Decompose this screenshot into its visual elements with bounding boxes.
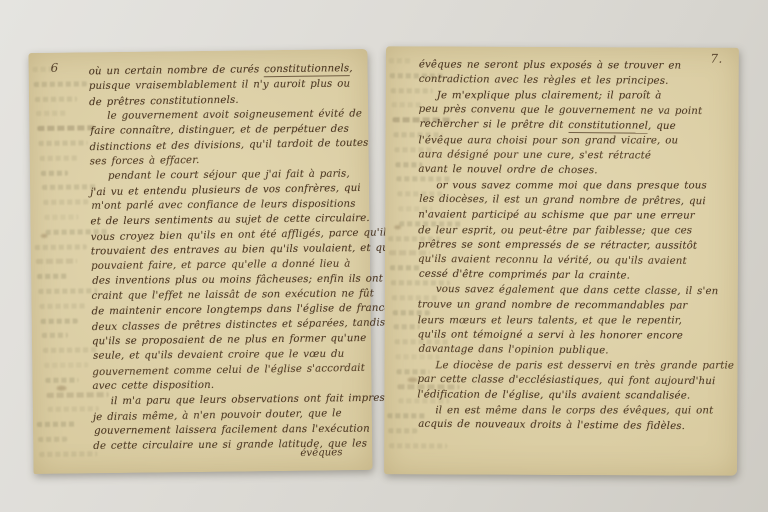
bleedthrough-mark — [38, 437, 67, 442]
bleedthrough-mark — [44, 214, 78, 219]
manuscript-line: l'évêque aura choisi pour son grand vica… — [419, 133, 734, 148]
bleedthrough-mark — [41, 318, 78, 323]
manuscript-line: n'avaient participé au schisme que par u… — [418, 207, 733, 223]
bleedthrough-mark — [37, 422, 77, 427]
manuscript-line: vous savez également que dans cette clas… — [418, 282, 733, 299]
bleedthrough-mark — [389, 58, 413, 63]
manuscript-line: l'édification de l'église, qu'ils avaien… — [417, 387, 732, 403]
manuscript-line: craint que l'effet ne laissât de son exé… — [91, 286, 364, 303]
bleedthrough-mark — [35, 96, 77, 102]
bleedthrough-mark — [44, 362, 88, 368]
manuscript-line: acquis de nouveaux droits à l'estime des… — [418, 417, 733, 435]
underlined-word: constitutionnel — [568, 120, 648, 133]
underlined-word: constitutionnels — [264, 63, 349, 77]
bleedthrough-mark — [45, 377, 78, 382]
manuscript-line: de leur esprit, ou peut-être par faibles… — [418, 223, 733, 238]
bleedthrough-mark — [388, 428, 417, 433]
bleedthrough-mark — [389, 443, 447, 448]
page-number-left: 6 — [51, 61, 59, 75]
right-page-text: évêques ne seront plus exposés à se trou… — [417, 57, 734, 433]
left-page-text: où un certain nombre de curés constituti… — [89, 61, 367, 454]
bleedthrough-mark — [37, 274, 67, 279]
manuscript-line: les diocèses, il est un grand nombre de … — [419, 192, 734, 210]
ink-blot — [407, 377, 417, 382]
bleedthrough-mark — [36, 259, 77, 265]
bleedthrough-mark — [40, 155, 78, 160]
manuscript-line: Je m'explique plus clairement; il paroît… — [419, 88, 734, 103]
bleedthrough-mark — [394, 325, 420, 330]
manuscript-line: avant le nouvel ordre de choses. — [418, 162, 733, 179]
manuscript-line: contradiction avec les règles et les pri… — [419, 72, 734, 89]
manuscript-line: avec cette disposition. — [92, 376, 365, 393]
bleedthrough-mark — [39, 451, 97, 457]
ink-blot — [394, 226, 401, 230]
ink-blot — [41, 234, 48, 238]
bleedthrough-mark — [34, 81, 87, 87]
manuscript-line: trouve un grand nombre de recommandables… — [418, 297, 733, 313]
manuscript-line: rechercher si le prêtre dit constitution… — [420, 117, 735, 135]
manuscript-line: m'ont parlé avec confiance de leurs disp… — [91, 197, 364, 214]
bleedthrough-mark — [36, 111, 67, 116]
bleedthrough-mark — [41, 170, 68, 175]
manuscript-page-left: 6 où un certain nombre de curés constitu… — [28, 49, 372, 474]
bleedthrough-mark — [40, 303, 88, 309]
manuscript-line: leurs mœurs et leurs talents, et que le … — [418, 313, 733, 328]
bleedthrough-mark — [42, 333, 68, 338]
manuscript-line: par cette classe d'ecclésiastiques, qui … — [417, 372, 732, 389]
bleedthrough-mark — [43, 347, 98, 353]
bleedthrough-mark — [390, 265, 420, 270]
bleedthrough-mark — [38, 288, 97, 294]
manuscript-photograph: 6 où un certain nombre de curés constitu… — [0, 0, 768, 512]
bleedthrough-mark — [35, 244, 87, 250]
manuscript-line: davantage dans l'opinion publique. — [419, 342, 734, 360]
bleedthrough-mark — [48, 407, 99, 413]
manuscript-page-right: 7. évêques ne seront plus exposés à se t… — [384, 46, 739, 476]
catchword: évêques — [300, 447, 342, 459]
bleedthrough-mark — [43, 200, 88, 206]
bleedthrough-mark — [39, 140, 88, 146]
ink-blot — [57, 385, 67, 390]
manuscript-line: Le diocèse de paris est desservi en très… — [418, 358, 733, 373]
